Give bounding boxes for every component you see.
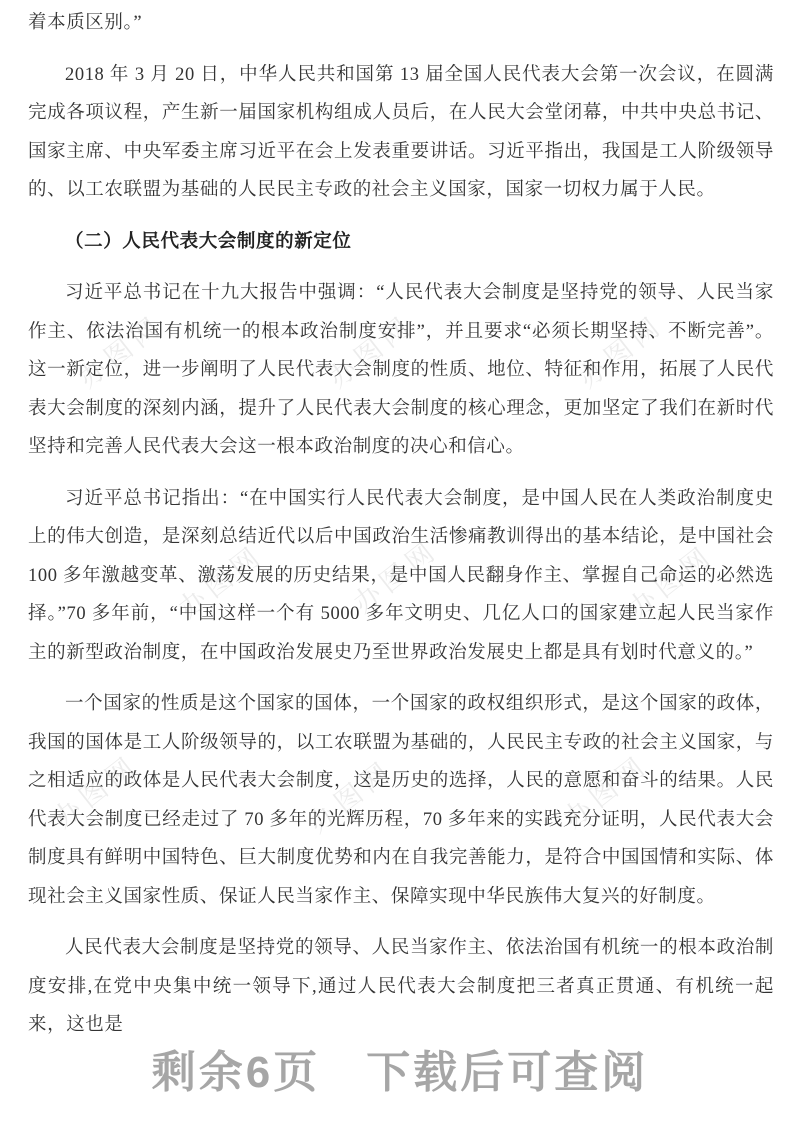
download-hint-label: 下载后可查阅 xyxy=(366,1036,648,1100)
paragraph-fundamental-arrangement: 人民代表大会制度是坚持党的领导、人民当家作主、依法治国有机统一的根本政治制度安排… xyxy=(28,929,774,1045)
section-heading: （二）人民代表大会制度的新定位 xyxy=(28,223,774,262)
preview-footer: 剩余6页 下载后可查阅 xyxy=(0,1036,800,1100)
paragraph-system-history-quote: 习近平总书记指出：“在中国实行人民代表大会制度，是中国人民在人类政治制度史上的伟… xyxy=(28,480,774,673)
document-page: { "page": { "background": "#ffffff", "te… xyxy=(0,0,800,1144)
continuation-line: 着本质区别。” xyxy=(28,4,774,43)
pages-remaining-label: 剩余6页 xyxy=(152,1036,320,1100)
document-body: 着本质区别。” 2018 年 3 月 20 日，中华人民共和国第 13 届全国人… xyxy=(28,4,774,1058)
paragraph-npc-session-2018: 2018 年 3 月 20 日，中华人民共和国第 13 届全国人民代表大会第一次… xyxy=(28,56,774,210)
paragraph-19th-congress-quote: 习近平总书记在十九大报告中强调：“人民代表大会制度是坚持党的领导、人民当家作主、… xyxy=(28,274,774,467)
paragraph-state-nature: 一个国家的性质是这个国家的国体，一个国家的政权组织形式，是这个国家的政体，我国的… xyxy=(28,685,774,916)
